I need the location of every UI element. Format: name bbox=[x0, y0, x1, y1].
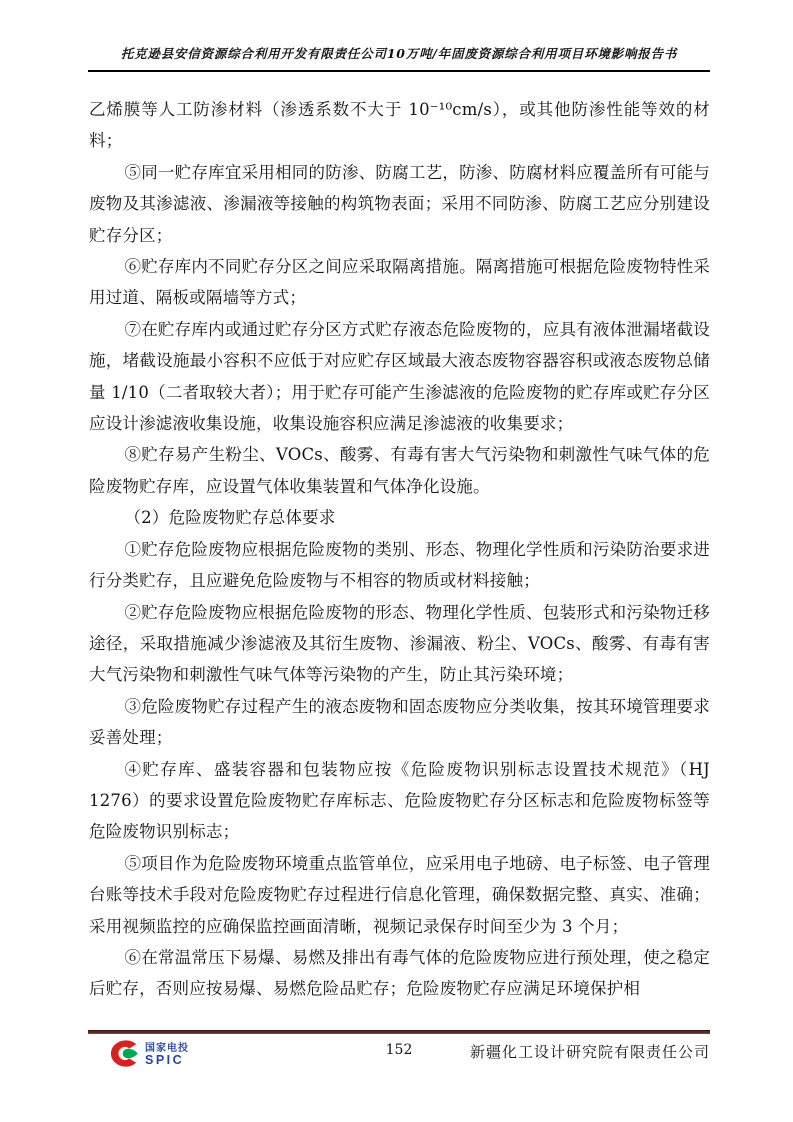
document-body: 乙烯膜等人工防渗材料（渗透系数不大于 10⁻¹⁰cm/s），或其他防渗性能等效的… bbox=[89, 94, 710, 1005]
paragraph: ⑧贮存易产生粉尘、VOCs、酸雾、有毒有害大气污染物和刺激性气味气体的危险废物贮… bbox=[89, 439, 710, 502]
company-name: 新疆化工设计研究院有限责任公司 bbox=[470, 1041, 710, 1062]
paragraph: ⑤同一贮存库宜采用相同的防渗、防腐工艺，防渗、防腐材料应覆盖所有可能与废物及其渗… bbox=[89, 157, 710, 251]
paragraph: ⑥贮存库内不同贮存分区之间应采取隔离措施。隔离措施可根据危险废物特性采用过道、隔… bbox=[89, 251, 710, 314]
paragraph: ①贮存危险废物应根据危险废物的类别、形态、物理化学性质和污染防治要求进行分类贮存… bbox=[89, 534, 710, 597]
paragraph: ⑥在常温常压下易爆、易燃及排出有毒气体的危险废物应进行预处理，使之稳定后贮存，否… bbox=[89, 942, 710, 1005]
paragraph: ②贮存危险废物应根据危险废物的形态、物理化学性质、包装形式和污染物迁移途径，采取… bbox=[89, 597, 710, 691]
report-header: 托克逊县安信资源综合利用开发有限责任公司10万吨/年固废资源综合利用项目环境影响… bbox=[88, 44, 710, 72]
paragraph: 乙烯膜等人工防渗材料（渗透系数不大于 10⁻¹⁰cm/s），或其他防渗性能等效的… bbox=[89, 94, 710, 157]
footer-rule bbox=[88, 1030, 710, 1034]
footer-row: 国家电投 SPIC 152 新疆化工设计研究院有限责任公司 bbox=[88, 1039, 710, 1075]
document-page: 托克逊县安信资源综合利用开发有限责任公司10万吨/年固废资源综合利用项目环境影响… bbox=[0, 0, 793, 1122]
paragraph: ④贮存库、盛装容器和包装物应按《危险废物识别标志设置技术规范》（HJ 1276）… bbox=[89, 754, 710, 848]
section-heading: （2）危险废物贮存总体要求 bbox=[89, 502, 710, 533]
paragraph: ⑦在贮存库内或通过贮存分区方式贮存液态危险废物的，应具有液体泄漏堵截设施，堵截设… bbox=[89, 314, 710, 440]
header-title: 托克逊县安信资源综合利用开发有限责任公司10万吨/年固废资源综合利用项目环境影响… bbox=[88, 44, 710, 62]
paragraph: ③危险废物贮存过程产生的液态废物和固态废物应分类收集，按其环境管理要求妥善处理； bbox=[89, 691, 710, 754]
paragraph: ⑤项目作为危险废物环境重点监管单位，应采用电子地磅、电子标签、电子管理台账等技术… bbox=[89, 848, 710, 942]
page-footer: 国家电投 SPIC 152 新疆化工设计研究院有限责任公司 bbox=[88, 1030, 710, 1075]
